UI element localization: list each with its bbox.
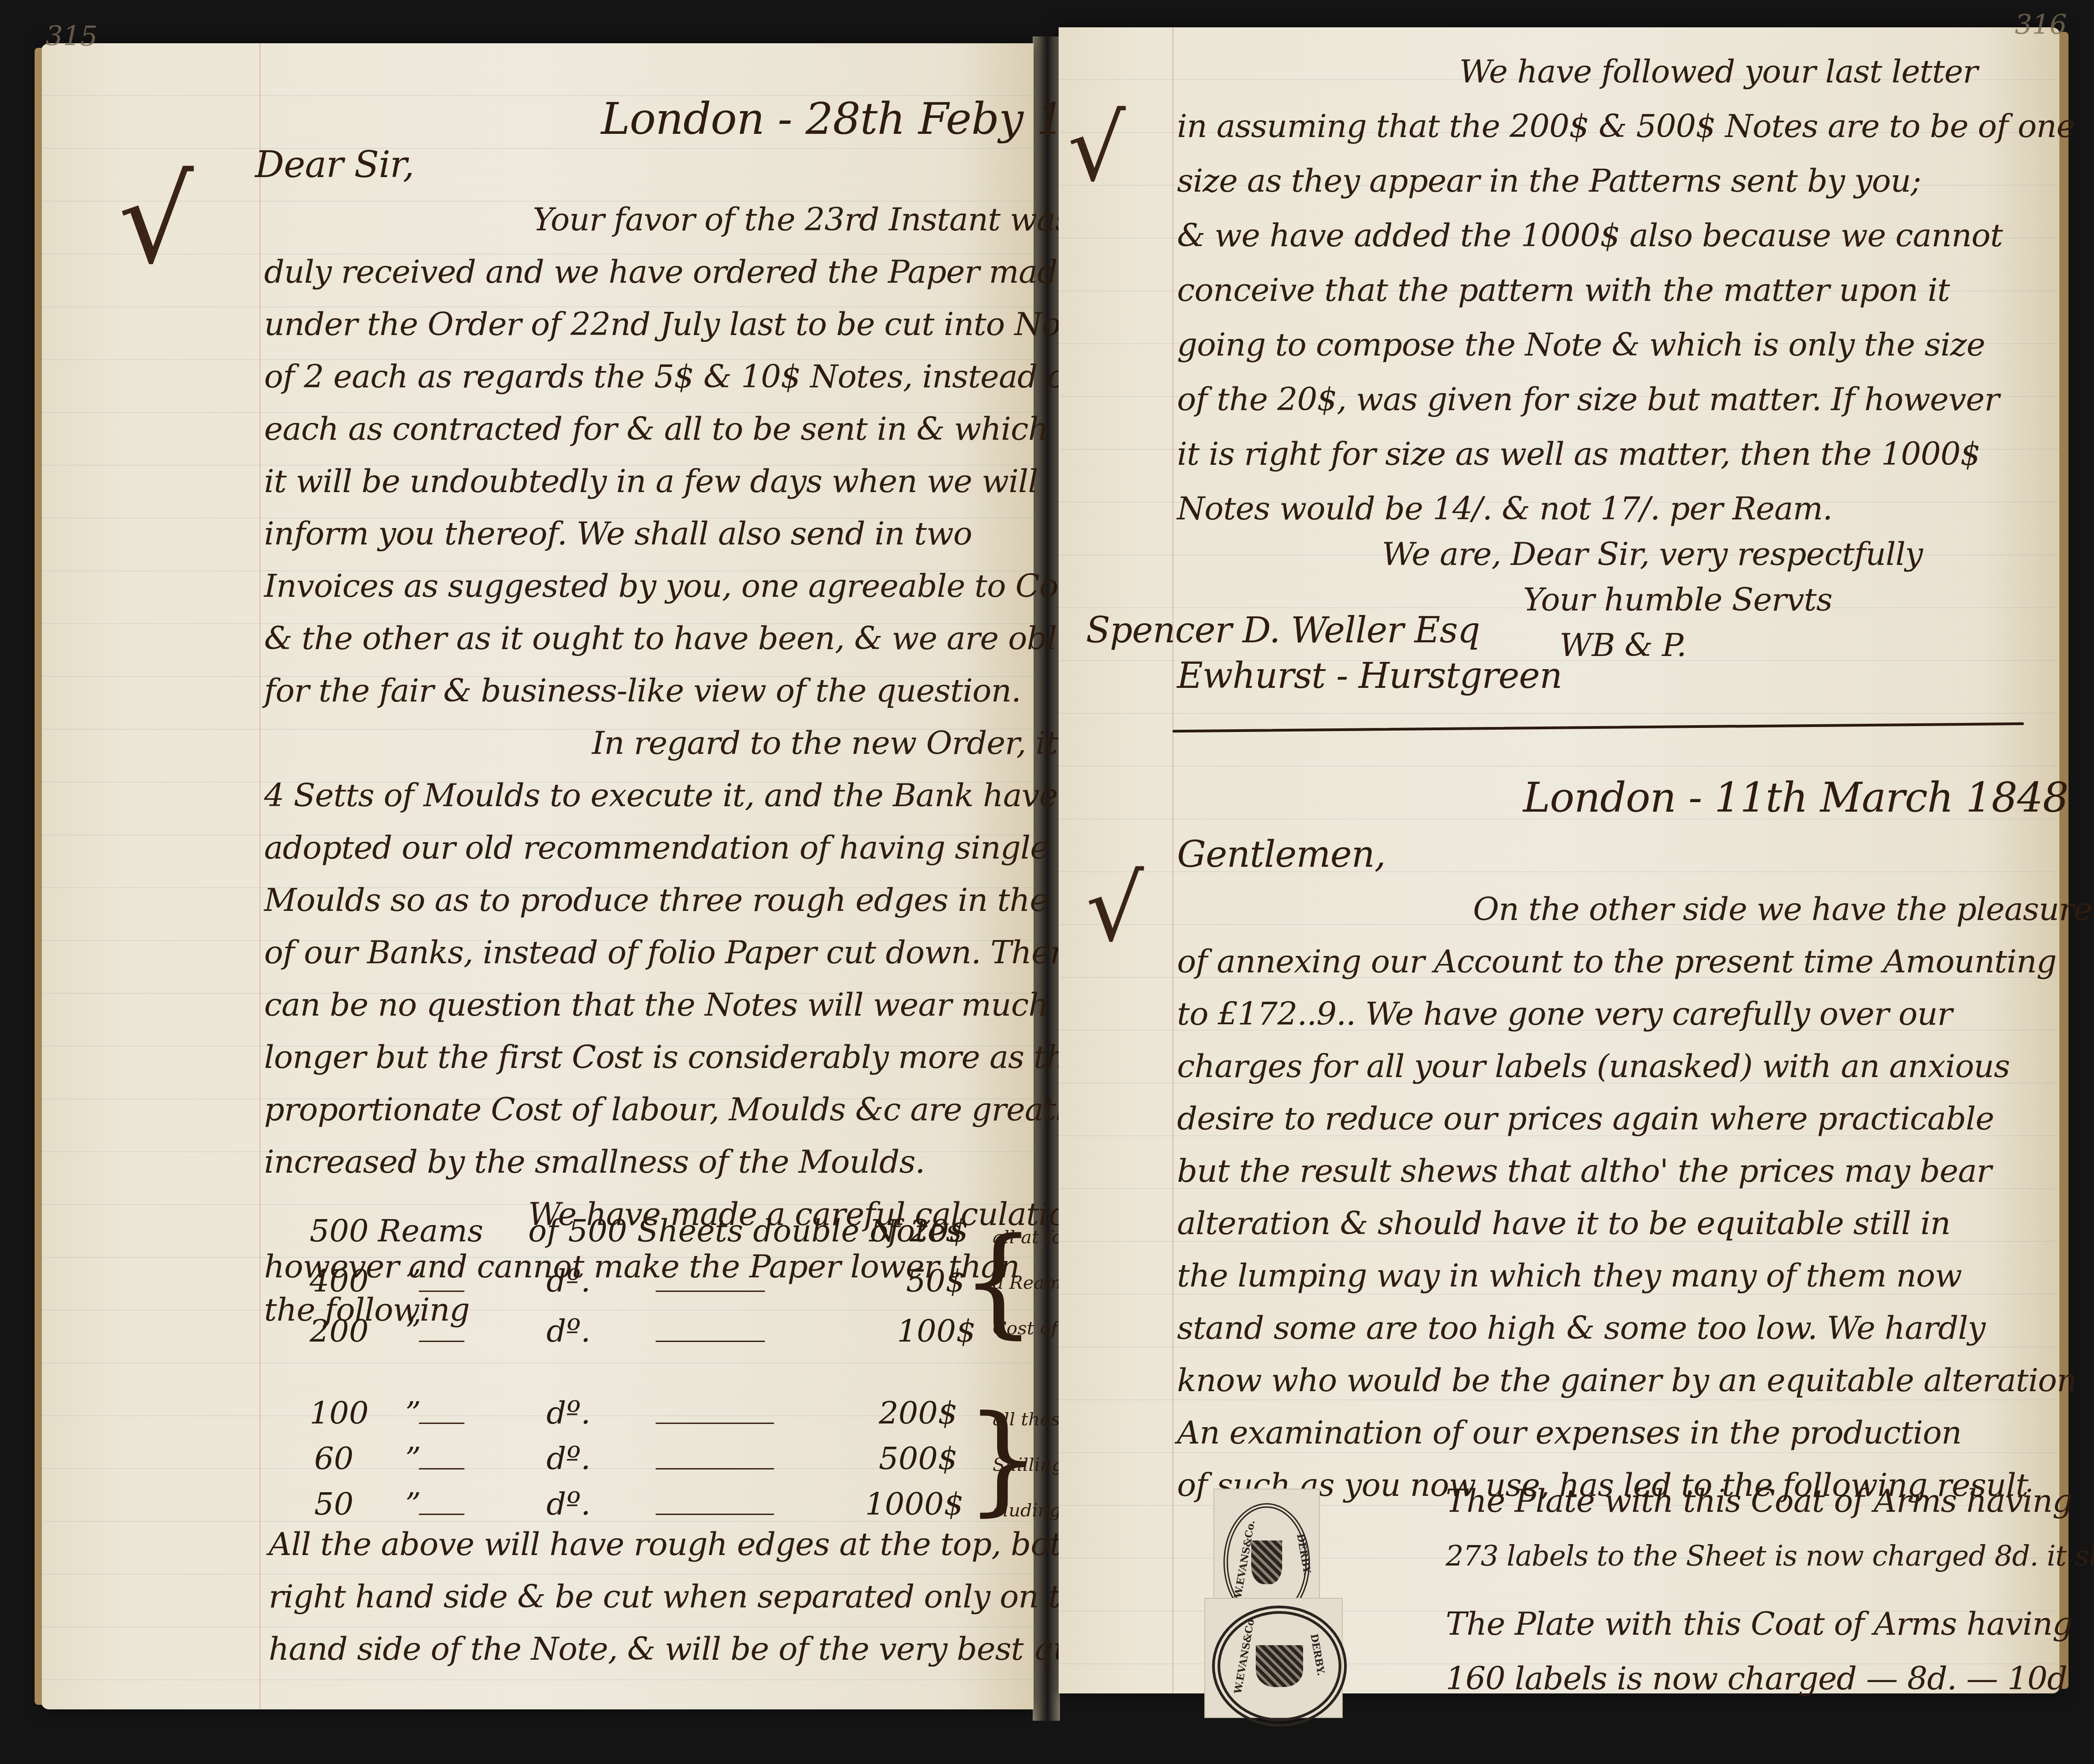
body-line: stand some are too high & some too low. … (1177, 1302, 1985, 1354)
margin-line (1172, 27, 1173, 1693)
right-page: 316 √ We have followed your last letter … (1059, 27, 2060, 1693)
body-line: can be no question that the Notes will w… (264, 979, 1049, 1031)
body-line: alteration & should have it to be equita… (1177, 1197, 1950, 1250)
qty: 100 (310, 1395, 369, 1431)
margin-line (260, 43, 260, 1709)
addressee-name: Spencer D. Weller Esq (1086, 610, 1480, 651)
body-line: the lumping way in which they many of th… (1177, 1250, 1962, 1302)
body-line: of the 20$, was given for size but matte… (1177, 373, 1999, 426)
unit: ” (405, 1313, 421, 1349)
unit: Reams (378, 1213, 483, 1249)
desc: dº. (546, 1313, 591, 1349)
qty: 60 (314, 1441, 354, 1477)
desc: dº. (546, 1486, 591, 1522)
body-line: An examination of our expenses in the pr… (1177, 1407, 1962, 1459)
body-line: inform you thereof. We shall also send i… (264, 508, 972, 560)
body-line: each as contracted for & all to be sent … (264, 403, 1048, 455)
body-line: right hand side & be cut when separated … (269, 1571, 1161, 1623)
unit: ” (405, 1395, 421, 1431)
qty: 500 (310, 1213, 369, 1249)
body-line: proportionate Cost of labour, Moulds &c … (264, 1083, 1083, 1136)
body-line: charges for all your labels (unasked) wi… (1177, 1040, 2010, 1093)
left-page: 315 √ London - 28th Feby 1848 Dear Sir, … (41, 43, 1034, 1709)
body-line: of 2 each as regards the 5$ & 10$ Notes,… (264, 351, 1106, 403)
body-line: Invoices as suggested by you, one agreea… (264, 560, 1153, 612)
body-line: in assuming that the 200$ & 500$ Notes a… (1177, 100, 2075, 153)
unit: ” (405, 1441, 421, 1477)
denom: 50$ (906, 1263, 965, 1299)
body-line: it will be undoubtedly in a few days whe… (264, 455, 1038, 508)
qty: 400 (310, 1263, 369, 1299)
page-edges-right (2059, 32, 2069, 1689)
body-line: & we have added the 1000$ also because w… (1177, 209, 2002, 262)
desc: dº. (546, 1263, 591, 1299)
price-table: 500 Reams of 500 Sheets double Notes of … (310, 1213, 1038, 1532)
body-line: it is right for size as well as matter, … (1177, 428, 1980, 480)
denom: 1000$ (865, 1486, 963, 1522)
denom: 200$ (879, 1395, 958, 1431)
check-mark: √ (118, 153, 194, 290)
qty: 200 (310, 1313, 369, 1349)
coat-of-arms-icon (1212, 1606, 1347, 1727)
pasted-label-large: W.EVANS&Co. DERBY. (1204, 1598, 1343, 1718)
body-line: Your favor of the 23rd Instant was (533, 193, 1071, 246)
date-line: London - 11th March 1848 (1523, 774, 2068, 822)
body-line: going to compose the Note & which is onl… (1177, 319, 1985, 371)
body-line: & the other as it ought to have been, & … (264, 612, 1125, 665)
salutation: Gentlemen, (1177, 833, 1386, 875)
desc: dº. (546, 1395, 591, 1431)
body-line: but the result shews that altho' the pri… (1177, 1145, 1991, 1197)
body-line: increased by the smallness of the Moulds… (264, 1136, 925, 1188)
unit: ” (405, 1263, 421, 1299)
label-1-line-1: The Plate with this Coat of Arms having (1446, 1475, 2072, 1527)
salutation: Dear Sir, (255, 143, 414, 186)
body-line: duly received and we have ordered the Pa… (264, 246, 1075, 298)
body-line: of our Banks, instead of folio Paper cut… (264, 926, 1083, 979)
body-line: Moulds so as to produce three rough edge… (264, 874, 1179, 926)
check-mark: √ (1086, 856, 1144, 962)
body-line: know who would be the gainer by an equit… (1177, 1354, 2077, 1407)
body-line: adopted our old recommendation of having… (264, 822, 1049, 874)
label-2-line-1: The Plate with this Coat of Arms having (1446, 1598, 2072, 1650)
check-mark: √ (1068, 96, 1126, 202)
body-line: desire to reduce our prices again where … (1177, 1093, 1994, 1145)
unit: ” (405, 1486, 421, 1522)
body-line: Notes would be 14/. & not 17/. per Ream. (1177, 483, 1832, 535)
closing-2: Your humble Servts (1523, 574, 1832, 626)
signature: WB & P. (1559, 619, 1686, 671)
label-1-line-2: 273 labels to the Sheet is now charged 8… (1446, 1530, 2094, 1582)
body-line: under the Order of 22nd July last to be … (264, 298, 1107, 351)
label-2-line-2: 160 labels is now charged — 8d. — 10d (1446, 1652, 2067, 1705)
body-line: 4 Setts of Moulds to execute it, and the… (264, 769, 1133, 822)
page-number: 316 (2015, 9, 2067, 41)
body-line: We have followed your last letter (1459, 46, 1977, 98)
qty: 50 (314, 1486, 354, 1522)
body-line: of annexing our Account to the present t… (1177, 935, 2056, 988)
body-line: to £172..9.. We have gone very carefully… (1177, 988, 1952, 1040)
closing: We are, Dear Sir, very respectfully (1382, 528, 1923, 580)
body-line: longer but the first Cost is considerabl… (264, 1031, 1085, 1083)
body-line: size as they appear in the Patterns sent… (1177, 155, 1921, 207)
denom: 500$ (879, 1441, 958, 1477)
addressee-place: Ewhurst - Hurstgreen (1177, 656, 1562, 696)
body-line: conceive that the pattern with the matte… (1177, 264, 1950, 316)
denom: of 20$ (870, 1213, 969, 1249)
body-line: for the fair & business-like view of the… (264, 665, 1021, 717)
body-line: All the above will have rough edges at t… (269, 1518, 1160, 1571)
page-number: 315 (46, 20, 98, 52)
desc: dº. (546, 1441, 591, 1477)
body-line: On the other side we have the pleasure (1473, 883, 2092, 935)
